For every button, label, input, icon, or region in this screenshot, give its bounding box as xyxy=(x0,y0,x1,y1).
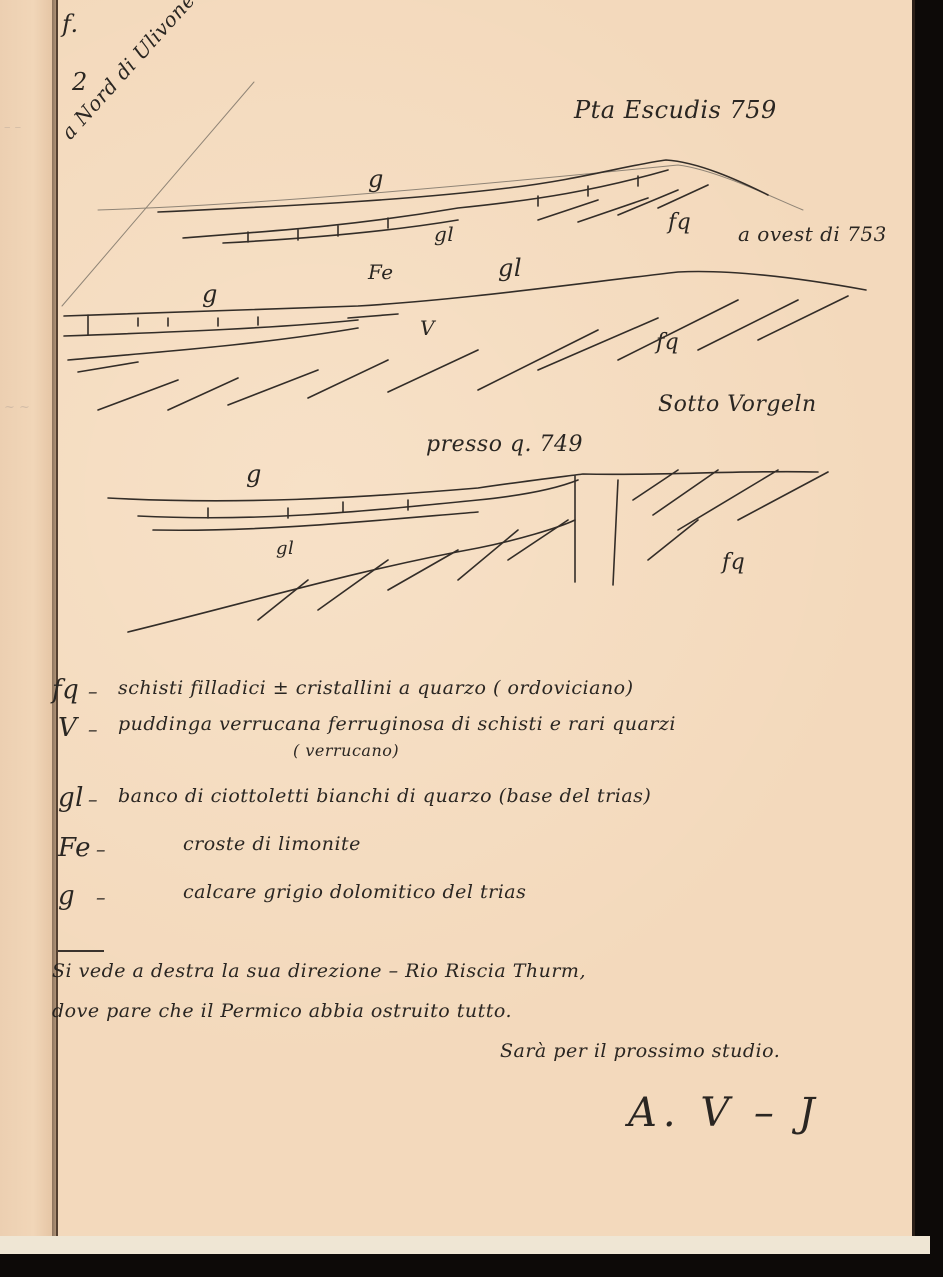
legend-text: schisti filladici ± cristallini a quarzo… xyxy=(118,677,634,699)
section-1-sketch xyxy=(98,160,803,243)
divider-rule xyxy=(58,950,104,952)
legend-sep: – xyxy=(96,887,106,909)
legend-text: banco di ciottoletti bianchi di quarzo (… xyxy=(118,785,651,807)
legend-key: g xyxy=(58,881,75,911)
legend-sep: – xyxy=(88,719,98,741)
page-edge xyxy=(912,0,915,1236)
legend-key: Fe xyxy=(58,833,91,863)
legend: fq – schisti filladici ± cristallini a q… xyxy=(58,655,914,935)
section-3-sketch xyxy=(108,470,828,632)
legend-key: fq xyxy=(52,675,79,705)
facing-page: – – ~ ~ xyxy=(0,0,58,1245)
notebook-page: f. 2 a Nord di Ulivone Pta Escudis 759 a… xyxy=(58,0,914,1236)
legend-key: V xyxy=(58,713,77,743)
legend-text: croste di limonite xyxy=(183,833,361,855)
north-arrow-line xyxy=(62,82,254,306)
geological-cross-sections xyxy=(58,0,914,660)
legend-subtext: ( verrucano) xyxy=(293,741,399,760)
faint-bleedthrough: ~ ~ xyxy=(4,400,30,415)
legend-key: gl xyxy=(58,783,84,813)
note-line-3: Sarà per il prossimo studio. xyxy=(500,1040,780,1062)
legend-sep: – xyxy=(88,681,98,703)
faint-bleedthrough: – – xyxy=(4,120,21,135)
note-line-2: dove pare che il Permico abbia ostruito … xyxy=(52,1000,512,1022)
legend-text: puddinga verrucana ferruginosa di schist… xyxy=(118,713,676,735)
legend-sep: – xyxy=(96,839,106,861)
legend-text: calcare grigio dolomitico del trias xyxy=(183,881,526,903)
legend-sep: – xyxy=(88,789,98,811)
section-2-sketch xyxy=(64,272,866,410)
signature: A. V – J xyxy=(628,1090,821,1136)
note-line-1: Si vede a destra la sua direzione – Rio … xyxy=(52,960,586,982)
under-sheet xyxy=(0,1236,930,1254)
